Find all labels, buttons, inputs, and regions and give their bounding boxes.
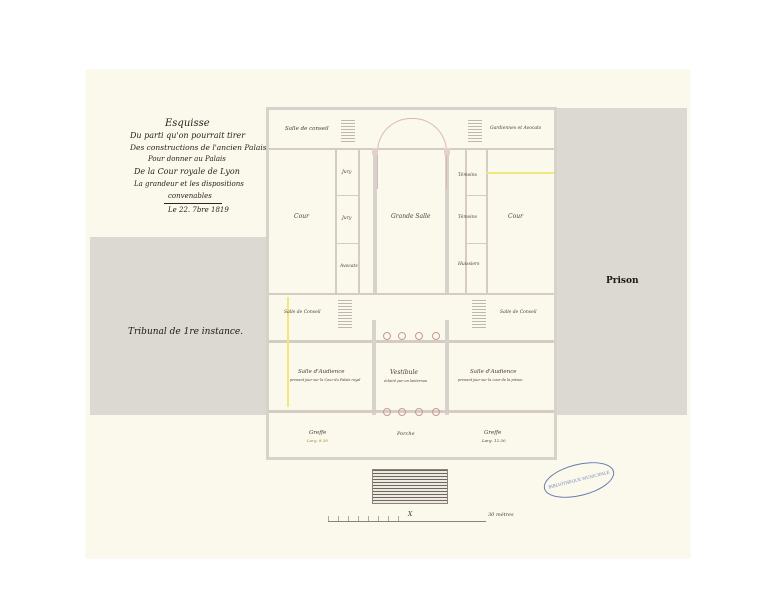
apse-arc	[377, 118, 447, 189]
title-line-5: De la Cour royale de Lyon	[134, 167, 240, 176]
scale-line	[328, 521, 486, 522]
room-salle-conseil-top: Salle de conseil	[285, 126, 329, 132]
title-line-6: La grandeur et les dispositions	[134, 180, 244, 188]
column-icon	[415, 408, 423, 416]
title-underline	[164, 203, 222, 204]
room-salle-conseil-left: Salle de Conseil	[284, 310, 321, 315]
title-line-7: convenables	[168, 192, 212, 200]
vestibule-wall-right	[445, 320, 449, 415]
pier-left	[372, 148, 378, 155]
room-greffe-right-note: Larg. 12.30	[482, 438, 506, 443]
jury-divider-2	[337, 243, 358, 244]
tribunal-label: Tribunal de 1re instance.	[128, 327, 243, 337]
room-audience-right: Salle d'Audience	[470, 369, 517, 375]
conseil-band-bottom	[269, 340, 554, 343]
stair-icon	[338, 300, 352, 328]
room-jury-2: Jury	[342, 216, 351, 221]
stair-icon	[472, 300, 486, 328]
prison-area	[557, 108, 687, 415]
room-greffe-right: Greffe	[484, 430, 501, 436]
jury-divider-1	[337, 195, 358, 196]
title-line-3: Des constructions de l'ancien Palais	[130, 143, 267, 152]
column-icon	[398, 408, 406, 416]
yellow-line-right	[487, 172, 554, 174]
room-vestibule-note: éclairé par un lanternon	[384, 379, 427, 383]
left-gallery-wall	[335, 148, 337, 293]
prison-label: Prison	[606, 276, 639, 286]
room-salle-conseil-right: Salle de Conseil	[500, 310, 537, 315]
room-avocats: Avocats	[340, 264, 358, 269]
room-audience-right-note: prenant jour sur la cour de la prison	[458, 378, 523, 382]
right-gallery-wall-2	[486, 148, 488, 293]
outer-wall-left	[266, 107, 269, 459]
room-temoins-2: Témoins	[458, 215, 477, 220]
column-icon	[432, 408, 440, 416]
room-vestibule: Vestibule	[390, 369, 418, 376]
column-icon	[398, 332, 406, 340]
room-temoins-1: Témoins	[458, 173, 477, 178]
entrance-steps-icon	[372, 469, 448, 504]
room-grande-salle: Grande Salle	[391, 213, 430, 220]
title-line-2: Du parti qu'on pourrait tirer	[130, 131, 245, 140]
outer-wall-bottom	[266, 457, 557, 460]
room-huissiers: Huissiers	[458, 262, 479, 267]
room-audience-left: Salle d'Audience	[298, 369, 345, 375]
outer-wall-top	[266, 107, 557, 110]
conseil-band-top	[269, 293, 554, 295]
scale-mid-label: X	[408, 511, 412, 518]
room-audience-left-note: prenant jour sur la Cour du Palais royal	[290, 378, 360, 382]
greffe-divider	[269, 410, 554, 413]
vestibule-wall-left	[372, 320, 376, 415]
room-jury-1: Jury	[342, 170, 351, 175]
title-line-4: Pour donner au Palais	[148, 155, 226, 163]
room-porche: Porche	[397, 431, 415, 437]
scale-end-label: 30 mètres	[488, 512, 514, 518]
room-greffe-left-note: Larg. 8.30	[307, 438, 328, 443]
column-icon	[432, 332, 440, 340]
room-greffe-left: Greffe	[309, 430, 326, 436]
temoins-divider-1	[467, 195, 486, 196]
stamp-text: BIBLIOTHÈQUE MUNICIPALE	[544, 469, 613, 491]
scale-ticks	[328, 516, 408, 521]
temoins-divider-2	[467, 243, 486, 244]
left-gallery-wall-2	[358, 148, 360, 293]
room-gardiennes: Gardiennes et Avocats	[490, 126, 541, 131]
stair-icon	[468, 120, 482, 142]
stair-icon	[341, 120, 355, 142]
room-cour-right: Cour	[508, 213, 523, 220]
tribunal-area	[90, 237, 266, 415]
column-icon	[383, 332, 391, 340]
column-icon	[383, 408, 391, 416]
title-line-1: Esquisse	[165, 118, 210, 129]
outer-wall-right	[554, 107, 557, 459]
title-date: Le 22. 7bre 1819	[168, 206, 229, 214]
pier-right	[444, 148, 450, 155]
column-icon	[415, 332, 423, 340]
room-cour-left: Cour	[294, 213, 309, 220]
right-gallery-wall	[465, 148, 467, 293]
